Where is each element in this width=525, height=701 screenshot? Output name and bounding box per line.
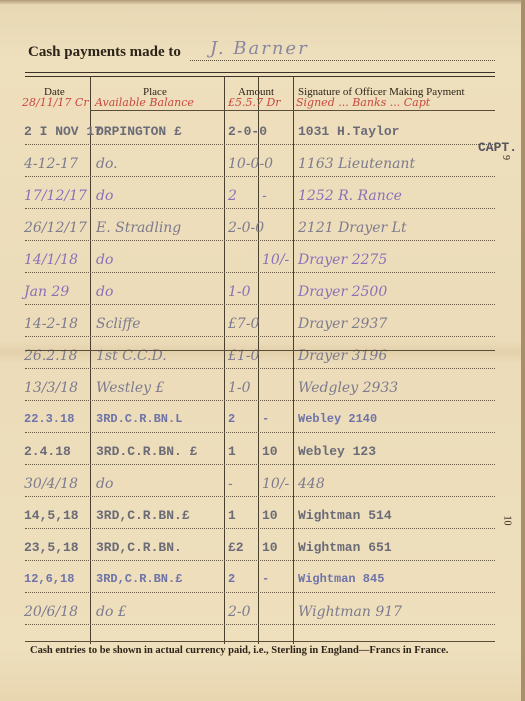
payee-name: J. Barner	[210, 38, 309, 59]
fold-line	[25, 350, 495, 351]
row-place: 3RD.C.R.BN. £	[96, 444, 197, 459]
row-amount-pounds: 2-0-0	[228, 220, 264, 236]
row-amount-shillings: -	[262, 188, 267, 204]
row-amount-shillings: 10	[262, 540, 278, 555]
row-signature: 1031 H.Taylor	[298, 124, 399, 139]
row-rule	[25, 432, 495, 433]
row-place: 3RD,C.R.BN.£	[96, 572, 182, 586]
row-amount-pounds: -	[228, 476, 233, 492]
row-place: do	[96, 476, 113, 492]
header-underline	[90, 110, 495, 111]
row-amount-pounds: £7-0	[228, 316, 259, 332]
row-place: E. Stradling	[96, 220, 181, 236]
row-place: do.	[96, 156, 118, 172]
row-amount-pounds: 1-0	[228, 380, 251, 396]
row-rule	[25, 624, 495, 625]
row-date: Jan 29	[24, 284, 69, 300]
page-number-top: 9	[500, 155, 511, 160]
row-rule	[25, 496, 495, 497]
page-edge	[521, 0, 525, 701]
row-signature: Webley 123	[298, 444, 376, 459]
row-signature: Wightman 917	[298, 604, 402, 620]
row-date: 14-2-18	[24, 316, 78, 332]
row-date: 22.3.18	[24, 412, 74, 426]
row-amount-pounds: 1	[228, 444, 236, 459]
page-number-bottom: 10	[502, 516, 513, 526]
row-amount-pounds: 10-0-0	[228, 156, 273, 172]
row-signature: 2121 Drayer Lt	[298, 220, 407, 236]
row-rule	[25, 528, 495, 529]
row-signature: 1252 R. Rance	[298, 188, 402, 204]
row-place: do	[96, 188, 113, 204]
row-rule	[25, 304, 495, 305]
row-date: 2.4.18	[24, 444, 71, 459]
row-amount-pounds: 2	[228, 412, 235, 426]
row-date: 14/1/18	[24, 252, 78, 268]
row-rule	[25, 560, 495, 561]
row-place: do £	[96, 604, 127, 620]
row-date: 17/12/17	[24, 188, 87, 204]
row-date: 2 I NOV 17	[24, 124, 102, 139]
header-rule-bottom	[25, 76, 495, 77]
row-amount-shillings: 10/-	[262, 476, 289, 492]
row-signature: 1163 Lieutenant	[298, 156, 415, 172]
row-place: 3RD,C.R.BN.£	[96, 508, 190, 523]
paybook-page: Cash payments made to J. Barner Date Pla…	[0, 0, 525, 701]
opening-amount: £5.5.7 Dr	[228, 96, 281, 109]
row-amount-pounds: 1	[228, 508, 236, 523]
row-date: 4-12-17	[24, 156, 78, 172]
row-place: Scliffe	[96, 316, 141, 332]
table-bottom-rule	[25, 641, 495, 642]
row-rule	[25, 400, 495, 401]
row-rule	[25, 240, 495, 241]
opening-signature: Signed ... Banks ... Capt	[296, 96, 430, 109]
row-date: 14,5,18	[24, 508, 79, 523]
row-amount-pounds: 2-0-0	[228, 124, 267, 139]
row-amount-shillings: 10/-	[262, 252, 289, 268]
row-date: 20/6/18	[24, 604, 78, 620]
column-divider-date	[90, 76, 91, 644]
row-amount-shillings: 10	[262, 508, 278, 523]
row-place: ORPINGTON £	[96, 124, 182, 139]
column-divider-signature	[293, 76, 294, 644]
row-rule	[25, 272, 495, 273]
row-place: 3RD,C.R.BN.	[96, 540, 182, 555]
row-signature: Wightman 651	[298, 540, 392, 555]
row-rule	[25, 176, 495, 177]
row-date: 26/12/17	[24, 220, 87, 236]
form-title: Cash payments made to	[28, 44, 181, 61]
row-signature: Drayer 2500	[298, 284, 387, 300]
row-amount-pounds: 2	[228, 572, 235, 586]
row-rule	[25, 592, 495, 593]
row-rule	[25, 368, 495, 369]
row-amount-shillings: 10	[262, 444, 278, 459]
row-signature: Wightman 845	[298, 572, 384, 586]
payee-dotted-line	[190, 60, 495, 61]
row-place: do	[96, 284, 113, 300]
row-amount-pounds: 2-0	[228, 604, 251, 620]
row-date: 12,6,18	[24, 572, 74, 586]
row-signature: Wedgley 2933	[298, 380, 398, 396]
footer-note: Cash entries to be shown in actual curre…	[30, 645, 448, 656]
row-rule	[25, 144, 495, 145]
row-amount-pounds: 2	[228, 188, 237, 204]
column-divider-place	[224, 76, 225, 644]
row-date: 23,5,18	[24, 540, 79, 555]
row-signature: Drayer 2275	[298, 252, 387, 268]
row-signature: 448	[298, 476, 325, 492]
capt-stamp: CAPT.	[478, 140, 517, 155]
row-signature: Webley 2140	[298, 412, 377, 426]
row-place: do	[96, 252, 113, 268]
row-amount-pounds: £2	[228, 540, 244, 555]
row-rule	[25, 208, 495, 209]
row-signature: Drayer 2937	[298, 316, 387, 332]
opening-place: Available Balance	[95, 96, 194, 109]
row-amount-shillings: -	[262, 412, 269, 426]
row-date: 30/4/18	[24, 476, 78, 492]
opening-date: 28/11/17 Cr	[22, 96, 89, 109]
header-rule-top	[25, 72, 495, 73]
row-place: 3RD.C.R.BN.L	[96, 412, 182, 426]
row-rule	[25, 336, 495, 337]
row-date: 13/3/18	[24, 380, 78, 396]
row-amount-shillings: -	[262, 572, 269, 586]
row-place: Westley £	[96, 380, 164, 396]
row-rule	[25, 464, 495, 465]
row-signature: Wightman 514	[298, 508, 392, 523]
row-amount-pounds: 1-0	[228, 284, 251, 300]
